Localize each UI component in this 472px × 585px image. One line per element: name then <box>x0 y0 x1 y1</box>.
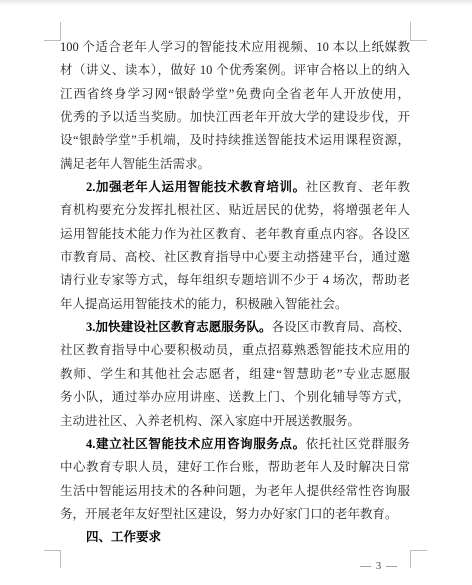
margin-crop-mark-top-right <box>410 22 427 41</box>
text-line: 满足老年人智能生活需求。 <box>60 153 410 176</box>
body-text-segment: 优秀的予以适当奖励。加快江西老年开放大学的建设步伐，开 <box>60 110 410 124</box>
body-text-segment: 依托社区党群服务 <box>306 437 410 451</box>
text-line: 4.建立社区智能技术应用咨询服务点。依托社区党群服务 <box>60 433 410 456</box>
text-line: 设“银龄学堂”手机端，及时持续推送智能技术运用课程资源， <box>60 129 410 152</box>
text-line: 务小队，通过举办应用讲座、送教上门、个别化辅导等方式， <box>60 386 410 409</box>
text-line: 优秀的予以适当奖励。加快江西老年开放大学的建设步伐，开 <box>60 106 410 129</box>
body-text-segment: 主动进社区、入养老机构、深入家庭中开展送教服务。 <box>60 414 360 428</box>
heading-segment: 3.加快建设社区教育志愿服务队。 <box>86 320 272 334</box>
text-line: 务，开展老年友好型社区建设，努力办好家门口的老年教育。 <box>60 503 410 526</box>
text-line: 育机构要充分发挥扎根社区、贴近居民的优势，将增强老年人 <box>60 199 410 222</box>
body-text-segment: 市教育局、高校、社区教育指导中心要主动搭建平台，通过邀 <box>60 250 410 264</box>
body-text-segment: 年人提高运用智能技术的能力，积极融入智能社会。 <box>60 297 348 311</box>
body-text-segment: 社区教育指导中心要积极动员，重点招募熟悉智能技术应用的 <box>60 343 410 357</box>
body-text-segment: 务小队，通过举办应用讲座、送教上门、个别化辅导等方式， <box>60 390 410 404</box>
text-line: 教师、学生和其他社会志愿者，组建“智慧助老”专业志愿服 <box>60 363 410 386</box>
body-text-segment: 江西省终身学习网“银龄学堂”免费向全省老年人开放使用， <box>60 87 410 101</box>
body-text-segment: 生活中智能运用技术的各种问题，为老年人提供经常性咨询服 <box>60 484 410 498</box>
margin-crop-mark-bottom-right <box>410 550 427 568</box>
document-page: { "document": { "page_number": "— 3 —", … <box>0 0 472 585</box>
body-text-segment: 请行业专家等方式，每年组织专题培训不少于 4 场次，帮助老 <box>60 273 410 287</box>
text-line: 市教育局、高校、社区教育指导中心要主动搭建平台，通过邀 <box>60 246 410 269</box>
text-line: 材（讲义、读本），做好 10 个优秀案例。评审合格以上的纳入 <box>60 59 410 82</box>
body-text-segment: 育机构要充分发挥扎根社区、贴近居民的优势，将增强老年人 <box>60 203 410 217</box>
text-line: 生活中智能运用技术的各种问题，为老年人提供经常性咨询服 <box>60 480 410 503</box>
text-line: 年人提高运用智能技术的能力，积极融入智能社会。 <box>60 293 410 316</box>
body-text-segment: 100 个适合老年人学习的智能技术应用视频、10 本以上纸媒教 <box>60 40 410 54</box>
heading-segment: 2.加强老年人运用智能技术教育培训。 <box>86 180 306 194</box>
text-line: 100 个适合老年人学习的智能技术应用视频、10 本以上纸媒教 <box>60 36 410 59</box>
heading-segment: 四、工作要求 <box>86 530 161 544</box>
margin-crop-mark-top-left <box>44 22 61 41</box>
body-text-segment: 社区教育、老年教 <box>306 180 410 194</box>
text-line: 主动进社区、入养老机构、深入家庭中开展送教服务。 <box>60 410 410 433</box>
body-text-segment: 务，开展老年友好型社区建设，努力办好家门口的老年教育。 <box>60 507 398 521</box>
window-top-shadow <box>0 0 472 6</box>
margin-crop-mark-bottom-left <box>44 550 61 568</box>
page-number: — 3 — <box>350 560 408 572</box>
text-line: 中心教育专职人员，建好工作台账，帮助老年人及时解决日常 <box>60 456 410 479</box>
text-line: 社区教育指导中心要积极动员，重点招募熟悉智能技术应用的 <box>60 339 410 362</box>
body-text-segment: 教师、学生和其他社会志愿者，组建“智慧助老”专业志愿服 <box>60 367 410 381</box>
text-line: 江西省终身学习网“银龄学堂”免费向全省老年人开放使用， <box>60 83 410 106</box>
heading-segment: 4.建立社区智能技术应用咨询服务点。 <box>86 437 306 451</box>
body-text-segment: 各设区市教育局、高校、 <box>272 320 410 334</box>
body-text-segment: 材（讲义、读本），做好 10 个优秀案例。评审合格以上的纳入 <box>60 63 410 77</box>
text-line: 3.加快建设社区教育志愿服务队。各设区市教育局、高校、 <box>60 316 410 339</box>
body-text-segment: 设“银龄学堂”手机端，及时持续推送智能技术运用课程资源， <box>60 133 410 147</box>
text-line: 四、工作要求 <box>60 526 410 549</box>
body-text-segment: 运用智能技术能力作为社区教育、老年教育重点内容。各设区 <box>60 227 410 241</box>
text-line: 2.加强老年人运用智能技术教育培训。社区教育、老年教 <box>60 176 410 199</box>
document-body-text: 100 个适合老年人学习的智能技术应用视频、10 本以上纸媒教材（讲义、读本），… <box>60 36 410 550</box>
body-text-segment: 中心教育专职人员，建好工作台账，帮助老年人及时解决日常 <box>60 460 410 474</box>
text-line: 运用智能技术能力作为社区教育、老年教育重点内容。各设区 <box>60 223 410 246</box>
body-text-segment: 满足老年人智能生活需求。 <box>60 157 210 171</box>
text-line: 请行业专家等方式，每年组织专题培训不少于 4 场次，帮助老 <box>60 269 410 292</box>
